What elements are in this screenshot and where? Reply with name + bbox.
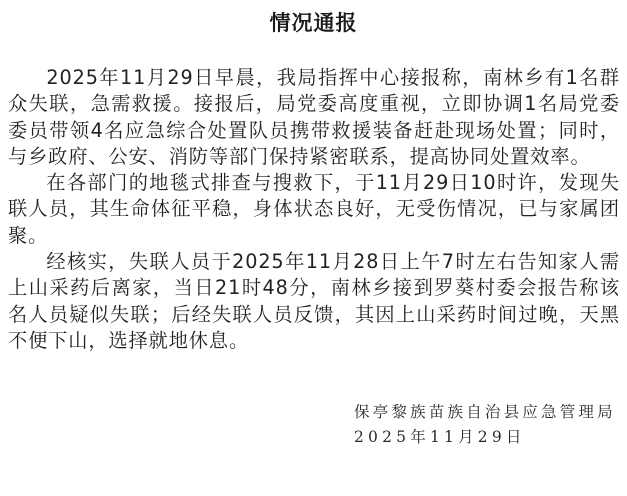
document-title: 情况通报 [0,9,627,37]
paragraph-verification: 经核实，失联人员于2025年11月28日上午7时左右告知家人需上山采药后离家，当… [8,249,620,354]
issue-date: 2025年11月29日 [354,425,616,450]
signature-block: 保亭黎族苗族自治县应急管理局 2025年11月29日 [354,400,616,450]
paragraph-search-result: 在各部门的地毯式排查与搜救下，于11月29日10时许，发现失联人员，其生命体征平… [8,170,620,249]
paragraph-incident-report: 2025年11月29日早晨，我局指挥中心接报称，南林乡有1名群众失联，急需救援。… [8,65,620,170]
document-body: 2025年11月29日早晨，我局指挥中心接报称，南林乡有1名群众失联，急需救援。… [8,65,620,354]
issuing-organization: 保亭黎族苗族自治县应急管理局 [354,400,616,425]
